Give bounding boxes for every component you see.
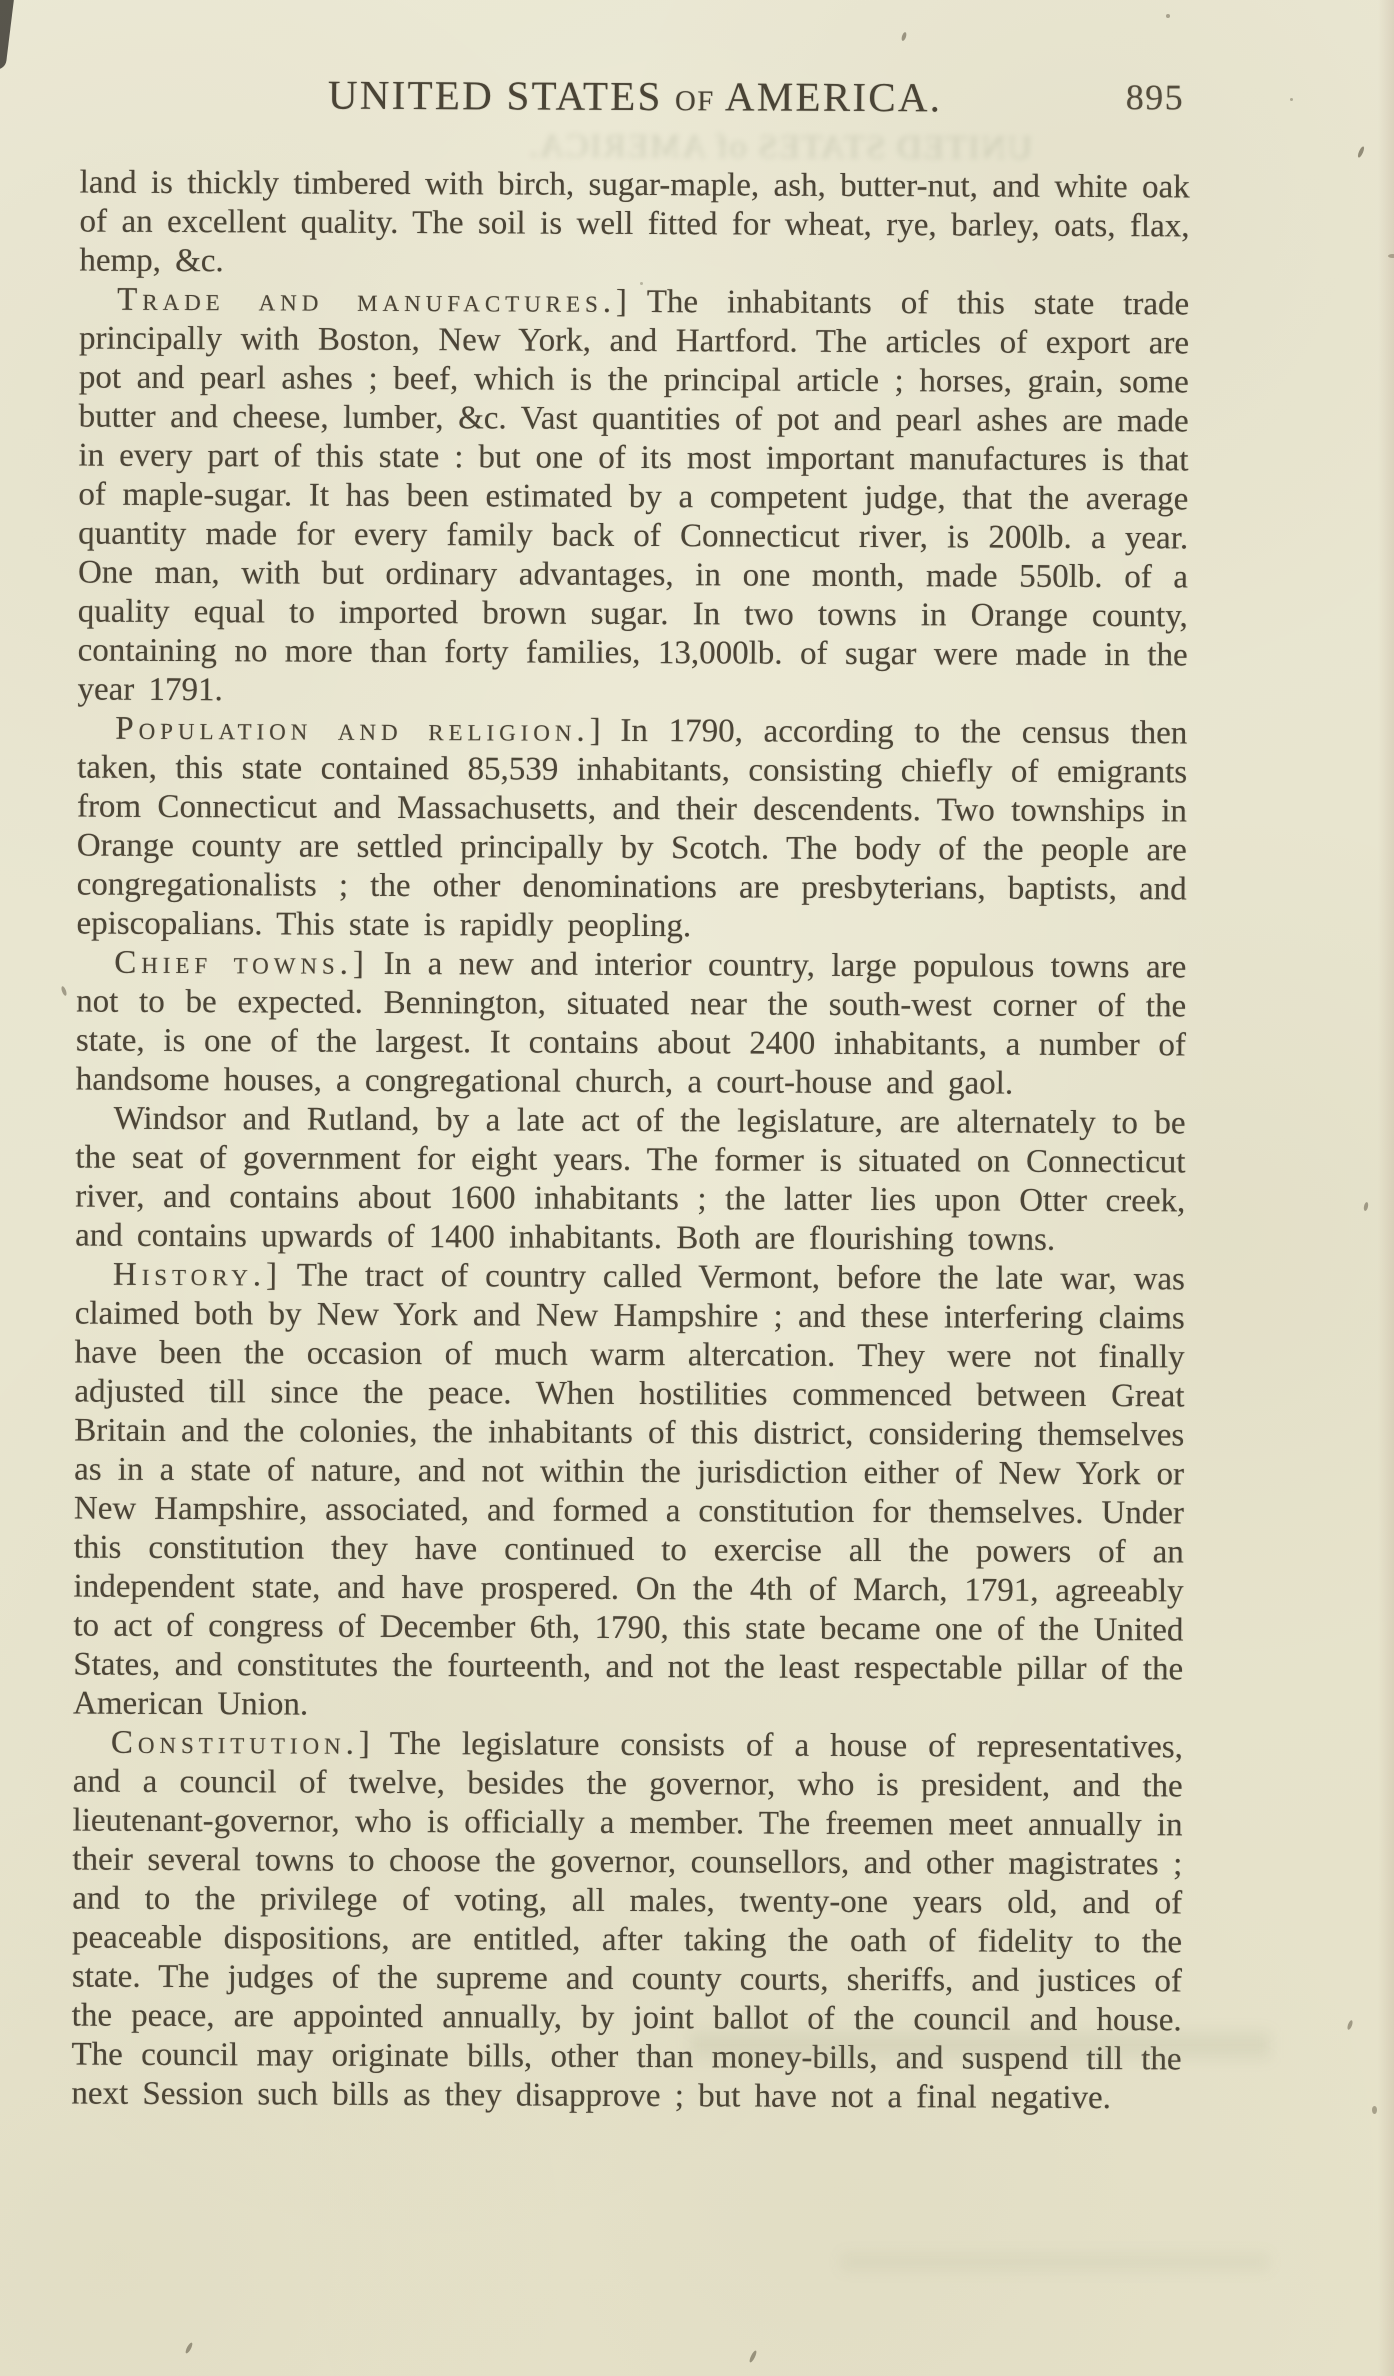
paragraph-text: The legislature consists of a house of r… (71, 1726, 1183, 2116)
section-heading-trade: Trade and manufactures.] (117, 282, 632, 320)
paragraph-text: The tract of country called Vermont, bef… (73, 1258, 1185, 1723)
book-page-scan: UNITED STATES of AMERICA. 895 UNITED STA… (0, 0, 1394, 2376)
page-number: 895 (1126, 76, 1185, 118)
section-heading-chief-towns: Chief towns.] (114, 945, 369, 982)
section-heading-history: History.] (113, 1257, 282, 1294)
letterpress-block: UNITED STATES of AMERICA. 895 UNITED STA… (0, 0, 1394, 2376)
section-heading-constitution: Constitution.] (111, 1725, 375, 1762)
paragraph-text: The inhabitants of this state trade prin… (77, 284, 1189, 708)
paragraph-population-and-religion: Population and religion.]In 1790, accord… (76, 710, 1187, 949)
running-title: UNITED STATES of AMERICA. (80, 70, 1190, 123)
showthrough-ghost-title: UNITED STATES of AMERICA. (520, 127, 1040, 167)
running-header: UNITED STATES of AMERICA. 895 (80, 0, 1191, 124)
paragraph-trade-and-manufactures: Trade and manufactures.]The inhabitants … (77, 281, 1189, 715)
paragraph-text: Windsor and Rutland, by a late act of th… (75, 1101, 1186, 1258)
section-heading-population: Population and religion.] (115, 711, 605, 749)
paragraph-continuation: land is thickly timbered with birch, sug… (79, 164, 1190, 286)
paragraph-text: land is thickly timbered with birch, sug… (79, 165, 1189, 280)
running-title-left: UNITED STATES (328, 72, 663, 119)
paragraph-chief-towns: Chief towns.]In a new and interior count… (76, 944, 1187, 1105)
running-title-of: of (675, 85, 715, 117)
paragraph-history: History.]The tract of country called Ver… (73, 1256, 1185, 1729)
running-title-right: AMERICA. (725, 73, 943, 120)
page-text-block: land is thickly timbered with birch, sug… (71, 164, 1189, 2119)
paragraph-windsor-rutland: Windsor and Rutland, by a late act of th… (75, 1100, 1186, 1261)
paragraph-constitution: Constitution.]The legislature consists o… (71, 1724, 1183, 2119)
paragraph-text: In 1790, according to the census then ta… (76, 713, 1187, 944)
